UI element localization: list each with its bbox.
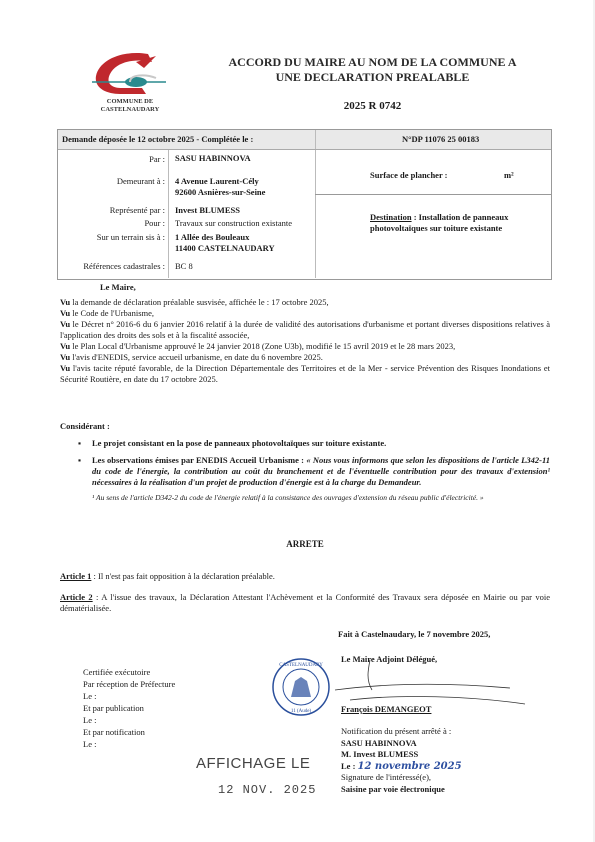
document-title: ACCORD DU MAIRE AU NOM DE LA COMMUNE A U… xyxy=(200,55,545,85)
purpose-label: Pour : xyxy=(144,218,165,228)
svg-text:CASTELNAUDARY: CASTELNAUDARY xyxy=(279,663,323,668)
address-line2: 92600 Asnières-sur-Seine xyxy=(175,187,265,197)
considerant-section: Considérant : ▪Le projet consistant en l… xyxy=(60,421,550,503)
cadastral-value: BC 8 xyxy=(175,261,193,271)
recipient-2: M. Invest BLUMESS xyxy=(341,749,462,761)
purpose-value: Travaux sur construction existante xyxy=(175,218,292,228)
vu-item: Vu la demande de déclaration préalable s… xyxy=(60,297,550,308)
site-label: Sur un terrain sis à : xyxy=(97,232,165,242)
signatory-name: François DEMANGEOT xyxy=(341,704,431,714)
arrete-heading: ARRETE xyxy=(60,539,550,550)
dp-number: N°DP 11076 25 00183 xyxy=(402,134,479,144)
address-label: Demeurant à : xyxy=(117,176,165,186)
floor-area-label: Surface de plancher : xyxy=(370,170,448,180)
svg-text:11 (Aude): 11 (Aude) xyxy=(291,709,312,714)
reference-number: 2025 R 0742 xyxy=(200,100,545,112)
notification-block: Notification du présent arrêté à : SASU … xyxy=(341,726,462,795)
cadastral-label: Références cadastrales : xyxy=(83,261,165,271)
vu-item: Vu le Décret n° 2016-6 du 6 janvier 2016… xyxy=(60,319,550,341)
applicant-value: SASU HABINNOVA xyxy=(175,153,251,163)
applicant-label: Par : xyxy=(149,154,165,164)
considerant-bullet: ▪Le projet consistant en la pose de pann… xyxy=(60,438,550,449)
cert-line: Le : xyxy=(83,738,175,750)
signature-label: Signature de l'intéressé(e), xyxy=(341,772,462,784)
logo-caption: COMMUNE DE CASTELNAUDARY xyxy=(80,98,180,114)
destination-block: Destination : Installation de panneaux p… xyxy=(370,212,510,234)
cert-line: Et par notification xyxy=(83,726,175,738)
preamble: Le Maire, Vu la demande de déclaration p… xyxy=(60,282,550,385)
certification-block: Certifiée exécutoire Par réception de Pr… xyxy=(83,666,175,750)
signed-at: Fait à Castelnaudary, le 7 novembre 2025… xyxy=(338,629,490,639)
submission-date: Demande déposée le 12 octobre 2025 - Com… xyxy=(62,134,253,144)
notification-intro: Notification du présent arrêté à : xyxy=(341,726,462,738)
vu-item: Vu l'avis d'ENEDIS, service accueil urba… xyxy=(60,352,550,363)
vu-item: Vu l'avis tacite réputé favorable, de la… xyxy=(60,363,550,385)
cert-line: Le : xyxy=(83,690,175,702)
handwritten-date: 12 novembre 2025 xyxy=(358,761,462,772)
vu-item: Vu le Code de l'Urbanisme, xyxy=(60,308,550,319)
representative-value: Invest BLUMESS xyxy=(175,205,240,215)
handwritten-signature-icon xyxy=(330,660,530,710)
logo-caption-line2: CASTELNAUDARY xyxy=(80,106,180,114)
considerant-bullet: ▪Les observations émises par ENEDIS Accu… xyxy=(60,455,550,488)
recipient-1: SASU HABINNOVA xyxy=(341,738,462,750)
representative-label: Représenté par : xyxy=(110,205,165,215)
title-line1: ACCORD DU MAIRE AU NOM DE LA COMMUNE A xyxy=(200,55,545,70)
floor-area-unit: m² xyxy=(504,170,514,180)
application-info-table: Demande déposée le 12 octobre 2025 - Com… xyxy=(57,129,552,280)
logo-caption-line1: COMMUNE DE xyxy=(80,98,180,106)
address-line1: 4 Avenue Laurent-Cély xyxy=(175,176,259,186)
posting-stamp-label: AFFICHAGE LE xyxy=(196,755,310,772)
vu-item: Vu le Plan Local d'Urbanisme approuvé le… xyxy=(60,341,550,352)
cert-line: Certifiée exécutoire xyxy=(83,666,175,678)
mayor-heading: Le Maire, xyxy=(60,282,550,293)
cert-line: Le : xyxy=(83,714,175,726)
article-1: Article 1 : Il n'est pas fait opposition… xyxy=(60,571,550,582)
electronic-submission: Saisine par voie électronique xyxy=(341,784,462,796)
site-line1: 1 Allée des Bouleaux xyxy=(175,232,249,242)
footnote: ¹ Au sens de l'article D342-2 du code de… xyxy=(60,493,550,503)
table-header: Demande déposée le 12 octobre 2025 - Com… xyxy=(58,130,551,150)
destination-label: Destination xyxy=(370,212,412,222)
considerant-heading: Considérant : xyxy=(60,421,550,432)
posting-stamp-date: 12 NOV. 2025 xyxy=(218,783,316,797)
article-2: Article 2 : A l'issue des travaux, la Dé… xyxy=(60,592,550,614)
cert-line: Et par publication xyxy=(83,702,175,714)
title-line2: UNE DECLARATION PREALABLE xyxy=(200,70,545,85)
notification-date: Le : 12 novembre 2025 xyxy=(341,761,462,773)
cert-line: Par réception de Préfecture xyxy=(83,678,175,690)
site-line2: 11400 CASTELNAUDARY xyxy=(175,243,275,253)
official-seal-icon: CASTELNAUDARY 11 (Aude) xyxy=(271,657,331,717)
